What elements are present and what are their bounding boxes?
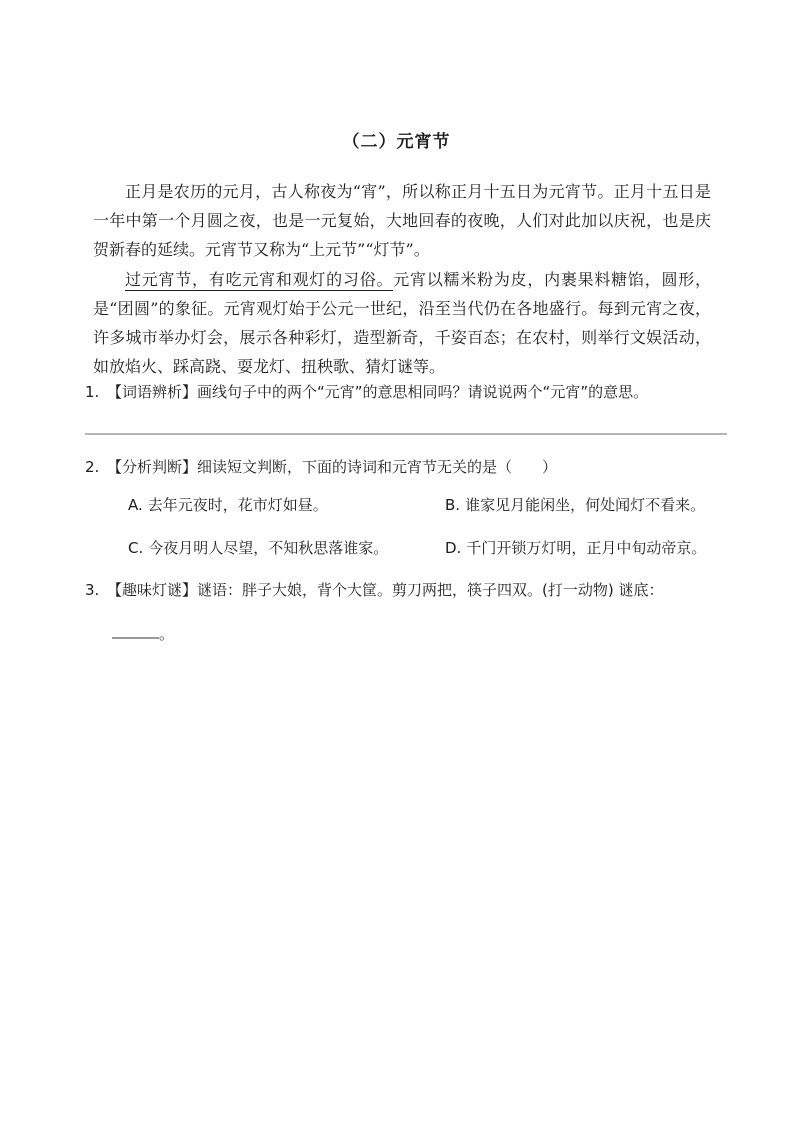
- question-3-number: 3.: [85, 578, 107, 602]
- question-3-answer-blank[interactable]: [112, 624, 159, 639]
- question-3-stem: 【趣味灯谜】谜语：胖子大娘，背个大筐。剪刀两把，筷子四双。(打一动物) 谜底：: [107, 578, 735, 602]
- question-1: 1. 【词语辨析】画线句子中的两个“元宵”的意思相同吗？请说说两个“元宵”的意思…: [85, 380, 735, 404]
- question-2-number: 2.: [85, 455, 107, 479]
- option-d-text: 千门开锁万灯明，正月中旬动帝京。: [466, 539, 706, 557]
- question-1-stem: 【词语辨析】画线句子中的两个“元宵”的意思相同吗？请说说两个“元宵”的意思。: [107, 380, 735, 404]
- option-a: A.去年元夜时，花市灯如昼。: [128, 493, 445, 517]
- option-c-label: C.: [128, 539, 143, 557]
- option-d: D.千门开锁万灯明，正月中旬动帝京。: [445, 536, 755, 560]
- option-a-text: 去年元夜时，花市灯如昼。: [148, 496, 328, 514]
- question-2-stem: 【分析判断】细读短文判断，下面的诗词和元宵节无关的是（ ）: [107, 455, 735, 479]
- article-paragraph-1: 正月是农历的元月，古人称夜为“宵”，所以称正月十五日为元宵节。正月十五日是一年中…: [93, 177, 711, 264]
- option-b-text: 谁家见月能闲坐，何处闻灯不看来。: [465, 496, 705, 514]
- underlined-sentence: 过元宵节，有吃元宵和观灯的习俗。: [125, 270, 393, 291]
- question-3-answer-row: 。: [112, 624, 174, 643]
- question-3: 3. 【趣味灯谜】谜语：胖子大娘，背个大筐。剪刀两把，筷子四双。(打一动物) 谜…: [85, 578, 735, 602]
- option-c-text: 今夜月明人尽望，不知秋思落谁家。: [148, 539, 388, 557]
- option-b: B.谁家见月能闲坐，何处闻灯不看来。: [445, 493, 755, 517]
- option-a-label: A.: [128, 496, 143, 514]
- option-d-label: D.: [445, 539, 461, 557]
- worksheet-page: （二）元宵节 正月是农历的元月，古人称夜为“宵”，所以称正月十五日为元宵节。正月…: [0, 0, 793, 1122]
- option-c: C.今夜月明人尽望，不知秋思落谁家。: [128, 536, 445, 560]
- article-paragraph-2: 过元宵节，有吃元宵和观灯的习俗。元宵以糯米粉为皮，内裹果料糖馅，圆形，是“团圆”…: [93, 265, 711, 381]
- question-3-answer-period: 。: [159, 625, 174, 643]
- option-b-label: B.: [445, 496, 460, 514]
- question-2: 2. 【分析判断】细读短文判断，下面的诗词和元宵节无关的是（ ）: [85, 455, 735, 479]
- question-1-number: 1.: [85, 380, 107, 404]
- question-2-options: A.去年元夜时，花市灯如昼。 B.谁家见月能闲坐，何处闻灯不看来。 C.今夜月明…: [128, 493, 755, 560]
- section-title: （二）元宵节: [0, 127, 793, 152]
- question-1-answer-line[interactable]: [85, 433, 727, 435]
